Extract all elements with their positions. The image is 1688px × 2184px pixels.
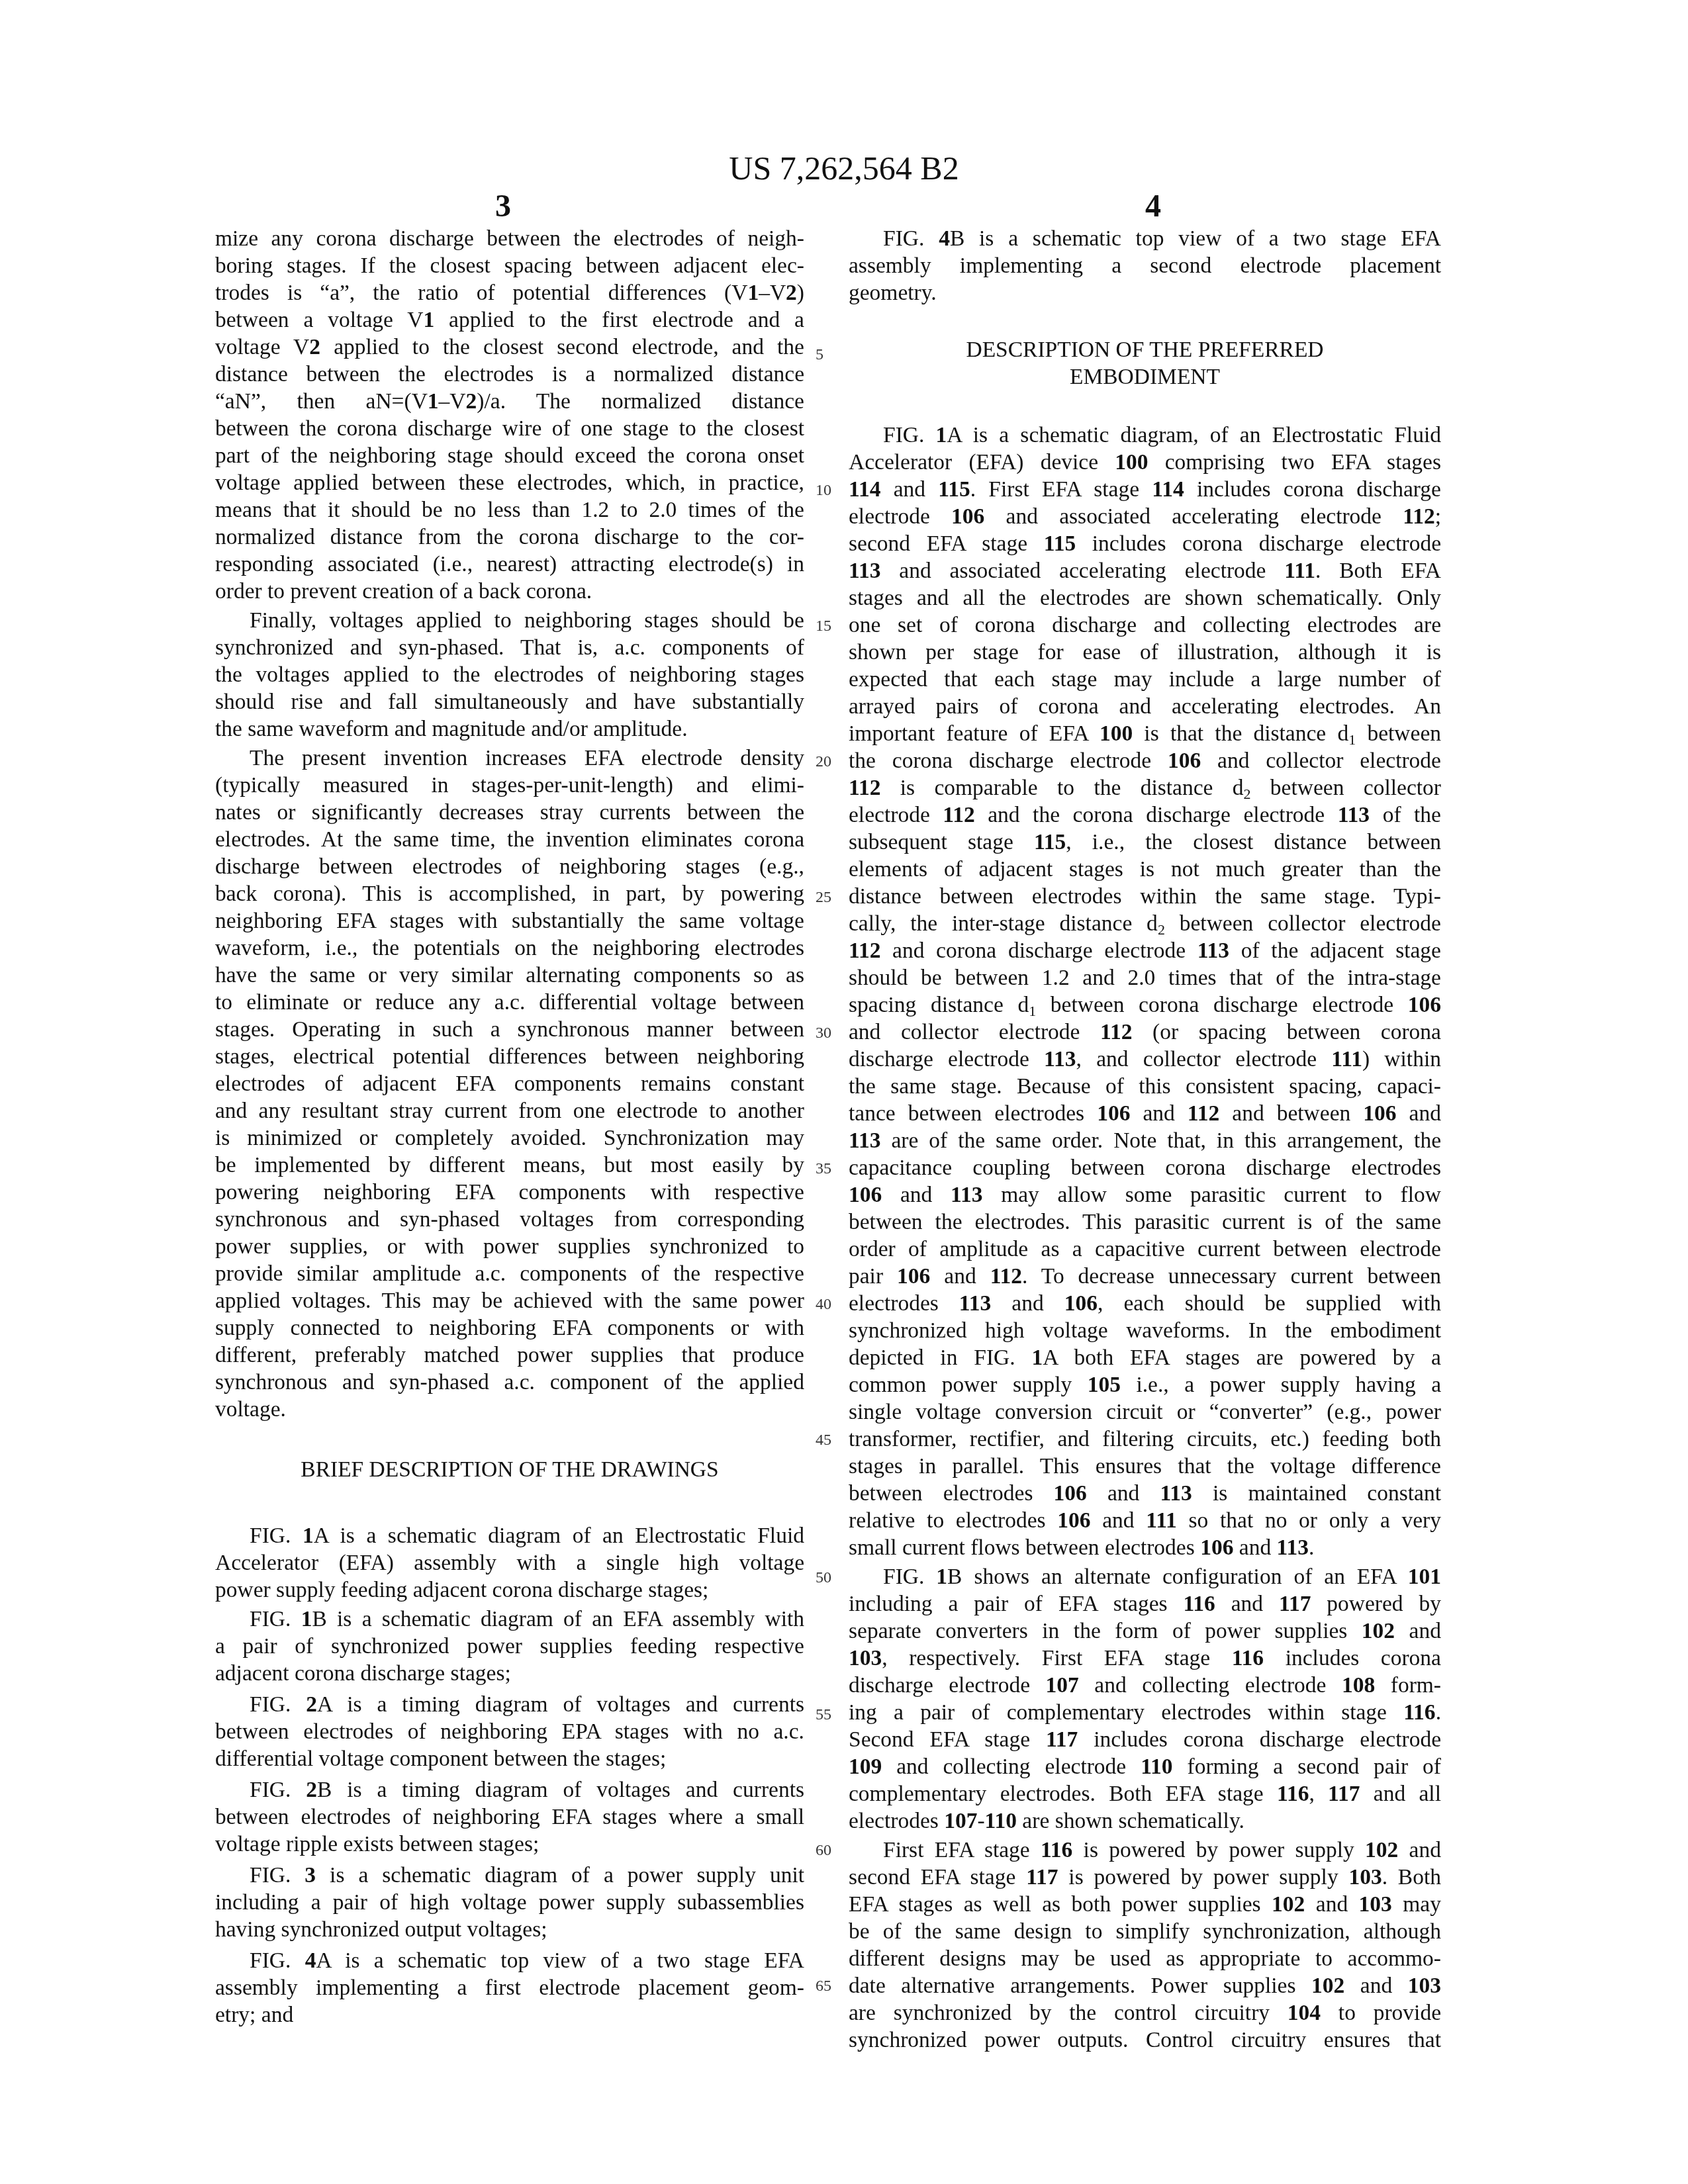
- text-line: part of the neighboring stage should exc…: [215, 442, 804, 469]
- column-number-left: 3: [495, 189, 511, 224]
- text-line: elements of adjacent stages is not much …: [849, 856, 1441, 883]
- text-line: be of the same design to simplify synchr…: [849, 1918, 1441, 1945]
- text-line: synchronous and syn-phased a.c. componen…: [215, 1369, 804, 1396]
- text-line: stages and all the electrodes are shown …: [849, 584, 1441, 612]
- text-line: applied voltages. This may be achieved w…: [215, 1287, 804, 1314]
- text-line: electrode 112 and the corona discharge e…: [849, 801, 1441, 829]
- text-line: important feature of EFA 100 is that the…: [849, 720, 1441, 747]
- line-number: 5: [816, 345, 842, 364]
- text-line: common power supply 105 i.e., a power su…: [849, 1371, 1441, 1398]
- text-line: FIG. 2B is a timing diagram of voltages …: [215, 1776, 804, 1803]
- text-line: FIG. 3 is a schematic diagram of a power…: [215, 1862, 804, 1889]
- line-number: 30: [816, 1024, 842, 1042]
- text-line: Finally, voltages applied to neighboring…: [215, 607, 804, 634]
- text-line: shown per stage for ease of illustration…: [849, 639, 1441, 666]
- text-line: differential voltage component between t…: [215, 1745, 804, 1772]
- text-line: stages in parallel. This ensures that th…: [849, 1453, 1441, 1480]
- text-line: 106 and 113 may allow some parasitic cur…: [849, 1181, 1441, 1208]
- text-line: FIG. 1B is a schematic diagram of an EFA…: [215, 1606, 804, 1633]
- text-line: including a pair of high voltage power s…: [215, 1889, 804, 1916]
- text-line: different, preferably matched power supp…: [215, 1342, 804, 1369]
- text-line: expected that each stage may include a l…: [849, 666, 1441, 693]
- text-line: Accelerator (EFA) assembly with a single…: [215, 1549, 804, 1576]
- text-line: capacitance coupling between corona disc…: [849, 1154, 1441, 1181]
- text-line: discharge electrode 113, and collector e…: [849, 1046, 1441, 1073]
- section-heading: BRIEF DESCRIPTION OF THE DRAWINGS: [215, 1456, 804, 1483]
- text-line: between the corona discharge wire of one…: [215, 415, 804, 442]
- line-number: 65: [816, 1977, 842, 1995]
- patent-number-header: US 7,262,564 B2: [0, 150, 1688, 187]
- text-line: the same stage. Because of this consiste…: [849, 1073, 1441, 1100]
- section-heading: DESCRIPTION OF THE PREFERRED: [849, 336, 1441, 363]
- text-line: power supplies, or with power supplies s…: [215, 1233, 804, 1260]
- text-line: geometry.: [849, 279, 1441, 306]
- text-line: small current flows between electrodes 1…: [849, 1534, 1441, 1561]
- text-line: Second EFA stage 117 includes corona dis…: [849, 1726, 1441, 1753]
- text-line: power supply feeding adjacent corona dis…: [215, 1576, 804, 1604]
- section-heading: EMBODIMENT: [849, 363, 1441, 390]
- line-number: 15: [816, 617, 842, 635]
- text-line: 103, respectively. First EFA stage 116 i…: [849, 1645, 1441, 1672]
- text-line: adjacent corona discharge stages;: [215, 1660, 804, 1687]
- text-line: stages. Operating in such a synchronous …: [215, 1016, 804, 1043]
- text-line: a pair of synchronized power supplies fe…: [215, 1633, 804, 1660]
- text-line: tance between electrodes 106 and 112 and…: [849, 1100, 1441, 1127]
- text-line: voltage applied between these electrodes…: [215, 469, 804, 496]
- text-line: FIG. 2A is a timing diagram of voltages …: [215, 1691, 804, 1718]
- line-number: 60: [816, 1841, 842, 1860]
- text-line: between electrodes 106 and 113 is mainta…: [849, 1480, 1441, 1507]
- text-line: one set of corona discharge and collecti…: [849, 612, 1441, 639]
- text-line: supply connected to neighboring EFA comp…: [215, 1314, 804, 1342]
- line-number: 50: [816, 1569, 842, 1587]
- text-line: means that it should be no less than 1.2…: [215, 496, 804, 523]
- text-line: is minimized or completely avoided. Sync…: [215, 1124, 804, 1152]
- line-number: 25: [816, 888, 842, 907]
- text-line: date alternative arrangements. Power sup…: [849, 1972, 1441, 1999]
- text-line: waveform, i.e., the potentials on the ne…: [215, 934, 804, 962]
- text-line: order to prevent creation of a back coro…: [215, 578, 804, 605]
- text-line: single voltage conversion circuit or “co…: [849, 1398, 1441, 1426]
- text-line: complementary electrodes. Both EFA stage…: [849, 1780, 1441, 1807]
- text-line: separate converters in the form of power…: [849, 1617, 1441, 1645]
- text-line: and collector electrode 112 (or spacing …: [849, 1019, 1441, 1046]
- text-line: subsequent stage 115, i.e., the closest …: [849, 829, 1441, 856]
- text-line: between electrodes of neighboring EPA st…: [215, 1718, 804, 1745]
- text-line: be implemented by different means, but m…: [215, 1152, 804, 1179]
- text-line: synchronous and syn-phased voltages from…: [215, 1206, 804, 1233]
- text-line: distance between electrodes within the s…: [849, 883, 1441, 910]
- text-line: stages, electrical potential differences…: [215, 1043, 804, 1070]
- text-line: between the electrodes. This parasitic c…: [849, 1208, 1441, 1236]
- line-number: 10: [816, 481, 842, 500]
- text-line: powering neighboring EFA components with…: [215, 1179, 804, 1206]
- text-line: responding associated (i.e., nearest) at…: [215, 551, 804, 578]
- line-number: 55: [816, 1706, 842, 1724]
- text-line: normalized distance from the corona disc…: [215, 523, 804, 551]
- text-line: ing a pair of complementary electrodes w…: [849, 1699, 1441, 1726]
- text-line: “aN”, then aN=(V1–V2)/a. The normalized …: [215, 388, 804, 415]
- text-line: 112 is comparable to the distance d2 bet…: [849, 774, 1441, 801]
- text-line: 113 are of the same order. Note that, in…: [849, 1127, 1441, 1154]
- text-line: spacing distance d1 between corona disch…: [849, 991, 1441, 1019]
- text-line: Accelerator (EFA) device 100 comprising …: [849, 449, 1441, 476]
- text-line: the same waveform and magnitude and/or a…: [215, 715, 804, 743]
- text-line: second EFA stage 117 is powered by power…: [849, 1864, 1441, 1891]
- text-line: including a pair of EFA stages 116 and 1…: [849, 1590, 1441, 1617]
- text-line: voltage ripple exists between stages;: [215, 1831, 804, 1858]
- text-line: between a voltage V1 applied to the firs…: [215, 306, 804, 334]
- text-line: provide similar amplitude a.c. component…: [215, 1260, 804, 1287]
- text-line: distance between the electrodes is a nor…: [215, 361, 804, 388]
- text-line: 113 and associated accelerating electrod…: [849, 557, 1441, 584]
- text-line: pair 106 and 112. To decrease unnecessar…: [849, 1263, 1441, 1290]
- text-line: 114 and 115. First EFA stage 114 include…: [849, 476, 1441, 503]
- text-line: order of amplitude as a capacitive curre…: [849, 1236, 1441, 1263]
- text-line: different designs may be used as appropr…: [849, 1945, 1441, 1972]
- text-line: to eliminate or reduce any a.c. differen…: [215, 989, 804, 1016]
- text-line: etry; and: [215, 2001, 804, 2028]
- text-line: electrodes of adjacent EFA components re…: [215, 1070, 804, 1097]
- text-line: and any resultant stray current from one…: [215, 1097, 804, 1124]
- text-line: 112 and corona discharge electrode 113 o…: [849, 937, 1441, 964]
- line-number: 45: [816, 1431, 842, 1449]
- text-line: 109 and collecting electrode 110 forming…: [849, 1753, 1441, 1780]
- text-line: having synchronized output voltages;: [215, 1916, 804, 1943]
- text-line: arrayed pairs of corona and accelerating…: [849, 693, 1441, 720]
- text-line: the corona discharge electrode 106 and c…: [849, 747, 1441, 774]
- text-line: trodes is “a”, the ratio of potential di…: [215, 279, 804, 306]
- text-line: depicted in FIG. 1A both EFA stages are …: [849, 1344, 1441, 1371]
- text-line: nates or significantly decreases stray c…: [215, 799, 804, 826]
- text-line: electrodes 107-110 are shown schematical…: [849, 1807, 1441, 1835]
- text-line: synchronized and syn-phased. That is, a.…: [215, 634, 804, 661]
- text-line: should be between 1.2 and 2.0 times that…: [849, 964, 1441, 991]
- text-line: are synchronized by the control circuitr…: [849, 1999, 1441, 2026]
- text-line: EFA stages as well as both power supplie…: [849, 1891, 1441, 1918]
- text-line: First EFA stage 116 is powered by power …: [849, 1837, 1441, 1864]
- text-line: synchronized power outputs. Control circ…: [849, 2026, 1441, 2054]
- text-line: (typically measured in stages-per-unit-l…: [215, 772, 804, 799]
- text-line: FIG. 4A is a schematic top view of a two…: [215, 1947, 804, 1974]
- text-line: The present invention increases EFA elec…: [215, 745, 804, 772]
- text-line: FIG. 1A is a schematic diagram, of an El…: [849, 422, 1441, 449]
- text-line: assembly implementing a second electrode…: [849, 252, 1441, 279]
- text-line: electrodes 113 and 106, each should be s…: [849, 1290, 1441, 1317]
- text-line: second EFA stage 115 includes corona dis…: [849, 530, 1441, 557]
- text-line: discharge between electrodes of neighbor…: [215, 853, 804, 880]
- text-line: the voltages applied to the electrodes o…: [215, 661, 804, 688]
- text-line: assembly implementing a first electrode …: [215, 1974, 804, 2001]
- text-line: have the same or very similar alternatin…: [215, 962, 804, 989]
- text-line: boring stages. If the closest spacing be…: [215, 252, 804, 279]
- text-line: FIG. 4B is a schematic top view of a two…: [849, 225, 1441, 252]
- text-line: voltage V2 applied to the closest second…: [215, 334, 804, 361]
- text-line: neighboring EFA stages with substantiall…: [215, 907, 804, 934]
- text-line: back corona). This is accomplished, in p…: [215, 880, 804, 907]
- line-number: 40: [816, 1295, 842, 1314]
- text-line: discharge electrode 107 and collecting e…: [849, 1672, 1441, 1699]
- line-number: 35: [816, 1160, 842, 1178]
- text-line: should rise and fall simultaneously and …: [215, 688, 804, 715]
- text-line: FIG. 1B shows an alternate configuration…: [849, 1563, 1441, 1590]
- text-line: transformer, rectifier, and filtering ci…: [849, 1426, 1441, 1453]
- text-line: cally, the inter-stage distance d2 betwe…: [849, 910, 1441, 937]
- text-line: voltage.: [215, 1396, 804, 1423]
- text-line: electrode 106 and associated acceleratin…: [849, 503, 1441, 530]
- text-line: between electrodes of neighboring EFA st…: [215, 1803, 804, 1831]
- text-line: synchronized high voltage waveforms. In …: [849, 1317, 1441, 1344]
- line-number: 20: [816, 752, 842, 771]
- text-line: mize any corona discharge between the el…: [215, 225, 804, 252]
- column-number-right: 4: [1145, 189, 1161, 224]
- text-line: electrodes. At the same time, the invent…: [215, 826, 804, 853]
- text-line: relative to electrodes 106 and 111 so th…: [849, 1507, 1441, 1534]
- text-line: FIG. 1A is a schematic diagram of an Ele…: [215, 1522, 804, 1549]
